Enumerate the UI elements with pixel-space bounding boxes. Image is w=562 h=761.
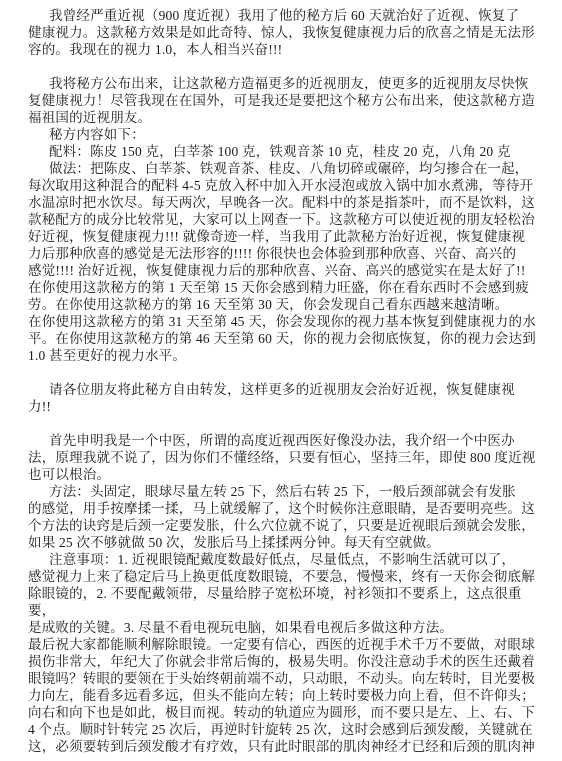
blank-line <box>28 415 536 432</box>
text-line: 我将秘方公布出来，让这款秘方造福更多的近视朋友，使更多的近视朋友尽快恢 <box>28 75 536 92</box>
document-body: 我曾经严重近视（900 度近视）我用了他的秘方后 60 天就治好了近视、恢复了健… <box>0 0 562 755</box>
text-line: 容的。我现在的视力 1.0，本人相当兴奋!!! <box>28 41 536 58</box>
text-line: 的感觉，用手按摩揉一揉，马上就缓解了，这个时候你注意眼睛，是否要明亮些。这 <box>28 500 536 517</box>
text-line: 眼镜吗？转眼的要领在于头始终朝前端不动，只动眼，不动头。向左转时，目光要极 <box>28 670 536 687</box>
blank-line <box>28 58 536 75</box>
text-line: 向右和向下也是如此，极目而视。转动的轨道应为圆形，而不要只是左、上、右、下 <box>28 704 536 721</box>
text-line: 力!! <box>28 398 536 415</box>
text-line: 好近视，恢复健康视力!!! 就像奇迹一样，当我用了此款秘方治好近视，恢复健康视 <box>28 228 536 245</box>
text-line: 损伤非常大，年纪大了你就会非常后悔的，极易失明。你没注意动手术的医生还戴着 <box>28 653 536 670</box>
text-line: 劳。在你使用这款秘方的第 16 天至第 30 天，你会发现自己看东西越来越清晰。 <box>28 296 536 313</box>
text-line: 水温凉时把水饮尽。每天两次，早晚各一次。配料中的茶是指茶叶，而不是饮料，这 <box>28 194 536 211</box>
text-line: 法，原理我就不说了，因为你们不懂经络，只要有恒心，坚持三年，即使 800 度近视 <box>28 449 536 466</box>
text-line: 力向左，能看多远看多远，但头不能向左转；向上转时要极力向上看，但不许仰头； <box>28 687 536 704</box>
text-line: 平。在你使用这款秘方的第 46 天至第 60 天，你的视力会彻底恢复，你的视力会… <box>28 330 536 347</box>
text-line: 这，必须要转到后颈发酸才有疗效，只有此时眼部的肌肉神经才已经和后颈的肌肉神 <box>28 738 536 755</box>
text-line: 款秘配方的成分比较常见，大家可以上网查一下。这款秘方可以使近视的朋友轻松治 <box>28 211 536 228</box>
text-line: 复健康视力！尽管我现在在国外，可是我还是要把这个秘方公布出来，使这款秘方造 <box>28 92 536 109</box>
text-line: 感觉!!!! 治好近视，恢复健康视力后的那种欣喜、兴奋、高兴的感觉实在是太好了!… <box>28 262 536 279</box>
text-line: 我曾经严重近视（900 度近视）我用了他的秘方后 60 天就治好了近视、恢复了 <box>28 7 536 24</box>
blank-line <box>28 364 536 381</box>
text-line: 感觉视力上来了稳定后马上换更低度数眼镜，不要急，慢慢来，终有一天你会彻底解 <box>28 568 536 585</box>
text-line: 最后祝大家都能顺利解除眼镜。一定要有信心，西医的近视手术千万不要做，对眼球 <box>28 636 536 653</box>
text-line: 除眼镜的，2. 不要配戴领带，尽量给脖子宽松环境，衬衫领扣不要系上，这点很重要， <box>28 585 536 619</box>
text-line: 配料：陈皮 150 克，白莘茶 100 克，铁观音茶 10 克，桂皮 20 克，… <box>28 143 536 160</box>
text-line: 每次取用这种混合的配料 4-5 克放入杯中加入开水浸泡或放入锅中加水煮沸，等待开 <box>28 177 536 194</box>
text-line: 也可以根治。 <box>28 466 536 483</box>
text-line: 力后那种欣喜的感觉是无法形容的!!!! 你很快也会体验到那种欣喜、兴奋、高兴的 <box>28 245 536 262</box>
text-line: 福祖国的近视朋友。 <box>28 109 536 126</box>
text-line: 首先申明我是一个中医，所谓的高度近视西医好像没办法，我介绍一个中医办 <box>28 432 536 449</box>
text-line: 是成败的关键。3. 尽量不看电视玩电脑，如果看电视后多做这种方法。 <box>28 619 536 636</box>
text-line: 4 个点。顺时针转完 25 次后，再逆时针旋转 25 次，这时会感到后颈发酸，关… <box>28 721 536 738</box>
text-line: 注意事项：1. 近视眼镜配戴度数最好低点，尽量低点，不影响生活就可以了， <box>28 551 536 568</box>
text-line: 秘方内容如下： <box>28 126 536 143</box>
text-line: 个方法的诀窍是后颈一定要发胀，什么穴位就不说了，只要是近视眼后颈就会发胀， <box>28 517 536 534</box>
text-line: 健康视力。这款秘方效果是如此奇特、惊人，我恢复健康视力后的欣喜之情是无法形 <box>28 24 536 41</box>
text-line: 做法：把陈皮、白莘茶、铁观音茶、桂皮、八角切碎或碾碎，均匀掺合在一起， <box>28 160 536 177</box>
text-line: 在你使用这款秘方的第 31 天至第 45 天，你会发现你的视力基本恢复到健康视力… <box>28 313 536 330</box>
document-page: 我曾经严重近视（900 度近视）我用了他的秘方后 60 天就治好了近视、恢复了健… <box>0 0 562 761</box>
text-line: 在你使用这款秘方的第 1 天至第 15 天你会感到精力旺盛，你在看东西时不会感到… <box>28 279 536 296</box>
text-line: 1.0 甚至更好的视力水平。 <box>28 347 536 364</box>
text-line: 方法：头固定，眼球尽量左转 25 下，然后右转 25 下，一般后颈部就会有发胀 <box>28 483 536 500</box>
text-line: 请各位朋友将此秘方自由转发，这样更多的近视朋友会治好近视，恢复健康视 <box>28 381 536 398</box>
text-line: 如果 25 次不够就做 50 次，发胀后马上揉揉两分钟。每天有空就做。 <box>28 534 536 551</box>
